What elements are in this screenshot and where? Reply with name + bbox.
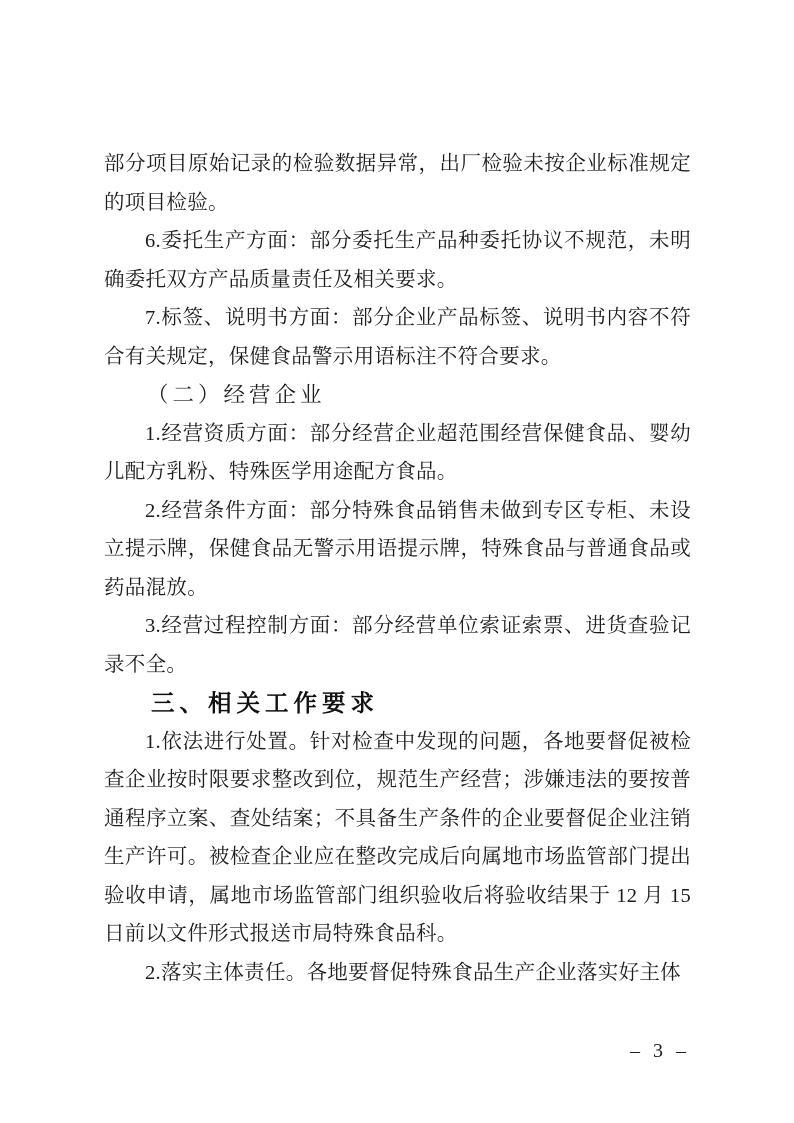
- body-paragraph: 2.经营条件方面：部分特殊食品销售未做到专区专柜、未设立提示牌，保健食品无警示用…: [104, 492, 691, 608]
- body-paragraph: 2.落实主体责任。各地要督促特殊食品生产企业落实好主体: [104, 954, 691, 993]
- body-paragraph: 部分项目原始记录的检验数据异常，出厂检验未按企业标准规定的项目检验。: [104, 145, 691, 222]
- section-heading: 三、相关工作要求: [104, 684, 691, 723]
- body-paragraph: 1.经营资质方面：部分经营企业超范围经营保健食品、婴幼儿配方乳粉、特殊医学用途配…: [104, 415, 691, 492]
- document-page: 部分项目原始记录的检验数据异常，出厂检验未按企业标准规定的项目检验。 6.委托生…: [0, 0, 794, 1123]
- body-paragraph: 3.经营过程控制方面：部分经营单位索证索票、进货查验记录不全。: [104, 607, 691, 684]
- page-number: – 3 –: [630, 1040, 690, 1063]
- document-body: 部分项目原始记录的检验数据异常，出厂检验未按企业标准规定的项目检验。 6.委托生…: [104, 145, 691, 992]
- body-paragraph: 6.委托生产方面：部分委托生产品种委托协议不规范，未明确委托双方产品质量责任及相…: [104, 222, 691, 299]
- body-paragraph: 7.标签、说明书方面：部分企业产品标签、说明书内容不符合有关规定，保健食品警示用…: [104, 299, 691, 376]
- subsection-heading: （二）经营企业: [104, 376, 691, 415]
- body-paragraph: 1.依法进行处置。针对检查中发现的问题，各地要督促被检查企业按时限要求整改到位，…: [104, 723, 691, 954]
